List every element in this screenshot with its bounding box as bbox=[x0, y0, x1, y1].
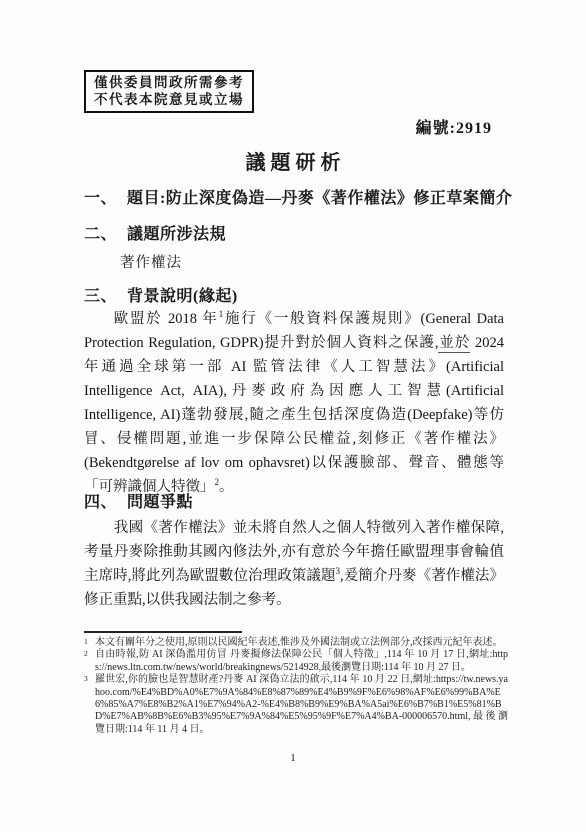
issues-paragraph: 我國《著作權法》並未將自然人之個人特徵列入著作權保障,考量丹麥除推動其國內修法外… bbox=[84, 516, 504, 612]
section-heading-laws: 二、 議題所涉法規 bbox=[84, 221, 226, 244]
section-heading-issues: 四、 問題爭點 bbox=[84, 489, 193, 512]
paragraph-text: 2024 年通過全球第一部 AI 監管法律《人工智慧法》(Artificial … bbox=[84, 335, 504, 495]
notice-box: 僅供委員問政所需參考 不代表本院意見或立場 bbox=[84, 70, 254, 113]
footnote-number: 2 bbox=[84, 648, 95, 673]
doc-number: 編號:2919 bbox=[416, 115, 492, 138]
document-page: 僅供委員問政所需參考 不代表本院意見或立場 編號:2919 議題研析 一、 題目… bbox=[0, 0, 586, 832]
paragraph-text: 歐盟於 2018 年 bbox=[114, 311, 219, 327]
footnote-2: 2 自由時報,防 AI 深偽濫用仿冒 丹麥擬修法保障公民「個人特徵」,114 年… bbox=[84, 649, 508, 674]
footnote-text: 羅世宏,你的臉也是智慧財產?丹麥 AI 深偽立法的啟示,114 年 10 月 2… bbox=[95, 674, 508, 736]
paragraph-text: 。 bbox=[219, 479, 234, 495]
notice-line-2: 不代表本院意見或立場 bbox=[94, 91, 244, 108]
footnote-separator-rule bbox=[84, 631, 242, 633]
section-heading-text: 議題所涉法規 bbox=[127, 221, 226, 244]
section-number: 四、 bbox=[84, 489, 117, 512]
underlined-text: 並於 bbox=[438, 335, 470, 353]
page-title: 議題研析 bbox=[0, 146, 586, 175]
section-heading-text: 背景說明(緣起) bbox=[127, 283, 238, 306]
section-number: 一、 bbox=[84, 185, 117, 208]
section-heading-background: 三、 背景說明(緣起) bbox=[84, 283, 238, 306]
footnote-text: 本文有關年分之使用,原則以民國紀年表述,惟涉及外國法制或立法例部分,改採西元紀年… bbox=[95, 637, 508, 649]
section-heading-topic: 一、 題目:防止深度偽造—丹麥《著作權法》修正草案簡介 bbox=[84, 185, 512, 208]
notice-line-1: 僅供委員問政所需參考 bbox=[94, 74, 244, 91]
footnotes-block: 1 本文有關年分之使用,原則以民國紀年表述,惟涉及外國法制或立法例部分,改採西元… bbox=[84, 637, 508, 736]
footnote-text: 自由時報,防 AI 深偽濫用仿冒 丹麥擬修法保障公民「個人特徵」,114 年 1… bbox=[95, 649, 508, 674]
section-number: 三、 bbox=[84, 283, 117, 306]
section-heading-text: 題目:防止深度偽造—丹麥《著作權法》修正草案簡介 bbox=[127, 185, 512, 208]
page-number: 1 bbox=[0, 753, 586, 764]
background-paragraph: 歐盟於 2018 年1施行《一般資料保護規則》(General Data Pro… bbox=[84, 307, 504, 499]
footnote-3: 3 羅世宏,你的臉也是智慧財產?丹麥 AI 深偽立法的啟示,114 年 10 月… bbox=[84, 674, 508, 736]
footnote-number: 3 bbox=[84, 673, 95, 735]
footnote-number: 1 bbox=[84, 636, 95, 648]
footnote-1: 1 本文有關年分之使用,原則以民國紀年表述,惟涉及外國法制或立法例部分,改採西元… bbox=[84, 637, 508, 649]
section-heading-text: 問題爭點 bbox=[127, 489, 193, 512]
related-law-text: 著作權法 bbox=[120, 251, 182, 272]
section-number: 二、 bbox=[84, 221, 117, 244]
